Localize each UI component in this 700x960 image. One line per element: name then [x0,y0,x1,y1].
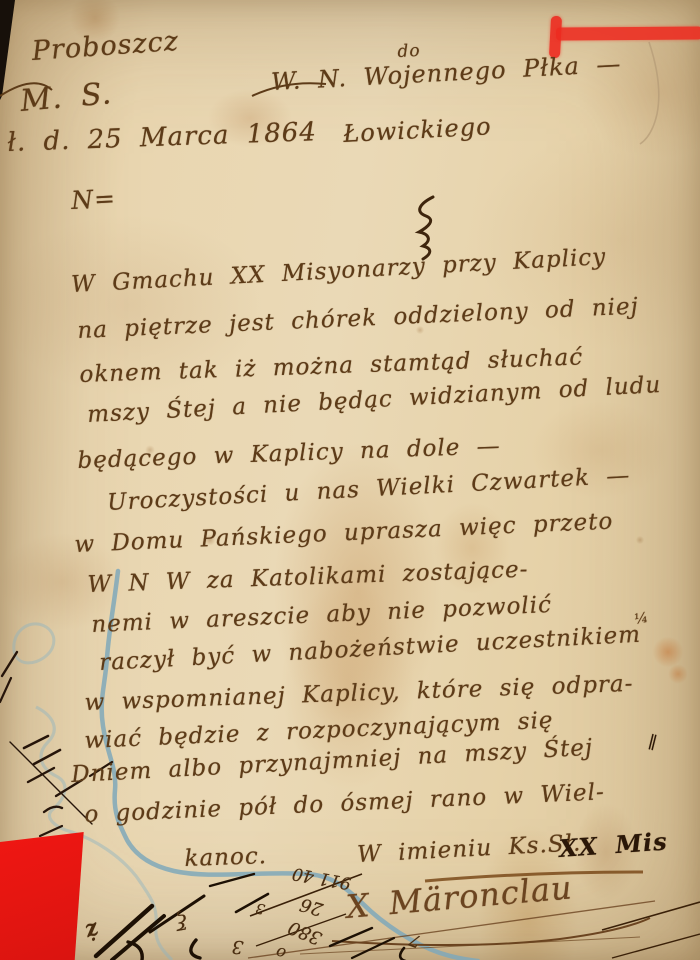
sender-monogram: M. S. [19,76,114,119]
signature-cross-line-2 [300,937,640,954]
rotated-number: 26 [298,893,326,920]
rotated-number: 911 40 [291,863,353,893]
addressee-line-1: W. N. Wojennego Płka — [271,50,623,96]
sender-office: Proboszcz [31,26,180,67]
rotated-number: 380 [285,916,325,948]
body-line: Uroczystości u nas Wielki Czwartek — [107,463,631,516]
rotated-glyph: ξ [174,909,189,935]
rotated-number: 3 [254,899,266,917]
body-line: o godzinie pół do ósmej rano w Wiel- [84,779,605,828]
insertion-mark: ¼ [633,610,650,628]
scanned-letter: Proboszcz M. S. ł. d. 25 Marca 1864 N= d… [0,0,700,960]
rotated-glyph: o [274,943,288,960]
body-line: W N W za Katolikami zostające- [87,557,529,598]
pencil-curve [640,42,659,144]
date-line: ł. d. 25 Marca 1864 [7,117,317,158]
rotated-glyph: 7 [407,929,424,951]
addressee-to: do [397,41,421,62]
signature: X Märonclau [345,868,574,926]
closing-order-mark: XX Mis [558,826,669,863]
number-label: N= [70,184,116,215]
rotated-glyph: 3 [231,936,244,958]
addressee-line-2: Łowickiego [343,112,493,148]
body-line: na piętrze jest chórek oddzielony od nie… [77,294,639,344]
closing-phrase: W imieniu Ks.Sł. [357,830,582,868]
body-line: w Domu Pańskiego uprasza więc przeto [74,508,614,558]
body-line: W Gmachu XX Misyonarzy przy Kaplicy [71,244,607,298]
blue-crayon-loop [14,624,54,663]
body-line: kanoc. [184,843,267,872]
red-paper-label [0,832,90,960]
rotated-glyph: ż [82,917,103,946]
section-squiggle-flourish [419,197,433,259]
body-line: będącego w Kaplicy na dole — [77,433,501,474]
red-crayon-mark-line [556,26,700,40]
insertion-mark: ∥ [646,733,659,755]
scan-corner-shadow [0,0,20,100]
